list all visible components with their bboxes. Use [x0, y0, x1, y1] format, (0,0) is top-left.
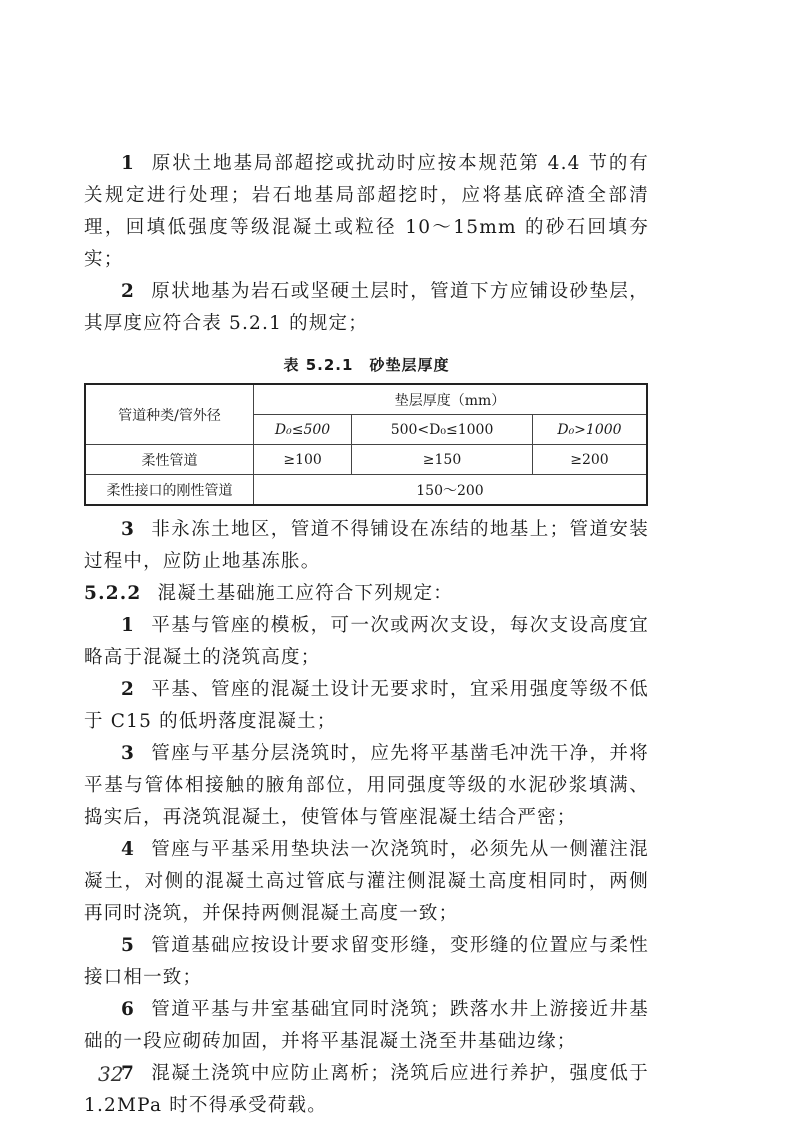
section-item-6: 6管道平基与井室基础宜同时浇筑；跌落水井上游接近井基础的一段应砌砖加固，并将平基…: [84, 994, 649, 1058]
document-page: 1原状土地基局部超挖或扰动时应按本规范第 4.4 节的有关规定进行处理；岩石地基…: [84, 148, 649, 1122]
clause-number: 2: [121, 679, 135, 700]
section-number: 5.2.2: [84, 583, 142, 604]
clause-text: 非永冻土地区，管道不得铺设在冻结的地基上；管道安装过程中，应防止地基冻胀。: [84, 519, 649, 572]
table-header-row: 管道种类/管外径 垫层厚度（mm）: [85, 384, 647, 415]
section-title: 混凝土基础施工应符合下列规定：: [158, 583, 454, 604]
clause-item-3: 3非永冻土地区，管道不得铺设在冻结的地基上；管道安装过程中，应防止地基冻胀。: [84, 514, 649, 578]
clause-text: 平基与管座的模板，可一次或两次支设，每次支设高度宜略高于混凝土的浇筑高度；: [84, 615, 649, 668]
clause-number: 1: [121, 615, 135, 636]
clause-number: 3: [121, 519, 135, 540]
section-item-4: 4管座与平基采用垫块法一次浇筑时，必须先从一侧灌注混凝土，对侧的混凝土高过管底与…: [84, 834, 649, 930]
clause-text: 管座与平基分层浇筑时，应先将平基凿毛冲洗干净，并将平基与管体相接触的腋角部位，用…: [84, 743, 649, 828]
table-caption-title: 砂垫层厚度: [369, 356, 449, 374]
section-item-7: 7混凝土浇筑中应防止离析；浇筑后应进行养护，强度低于 1.2MPa 时不得承受荷…: [84, 1058, 649, 1122]
clause-item-2: 2原状地基为岩石或坚硬土层时，管道下方应铺设砂垫层，其厚度应符合表 5.2.1 …: [84, 276, 649, 340]
clause-text: 混凝土浇筑中应防止离析；浇筑后应进行养护，强度低于 1.2MPa 时不得承受荷载…: [84, 1063, 649, 1116]
table-row-label: 柔性接口的刚性管道: [85, 475, 254, 506]
clause-text: 平基、管座的混凝土设计无要求时，宜采用强度等级不低于 C15 的低坍落度混凝土；: [84, 679, 649, 732]
table-subheader: 500<D₀≤1000: [352, 415, 533, 445]
clause-item-1: 1原状土地基局部超挖或扰动时应按本规范第 4.4 节的有关规定进行处理；岩石地基…: [84, 148, 649, 276]
section-item-2: 2平基、管座的混凝土设计无要求时，宜采用强度等级不低于 C15 的低坍落度混凝土…: [84, 674, 649, 738]
section-item-1: 1平基与管座的模板，可一次或两次支设，每次支设高度宜略高于混凝土的浇筑高度；: [84, 610, 649, 674]
table-subheader: D₀>1000: [532, 415, 647, 445]
table-caption: 表 5.2.1砂垫层厚度: [84, 354, 649, 375]
table-row-label: 柔性管道: [85, 445, 254, 475]
table-subheader: D₀≤500: [254, 415, 352, 445]
clause-text: 原状土地基局部超挖或扰动时应按本规范第 4.4 节的有关规定进行处理；岩石地基局…: [84, 153, 649, 270]
clause-number: 2: [121, 281, 135, 302]
section-heading: 5.2.2混凝土基础施工应符合下列规定：: [84, 578, 649, 610]
clause-text: 管座与平基采用垫块法一次浇筑时，必须先从一侧灌注混凝土，对侧的混凝土高过管底与灌…: [84, 839, 649, 924]
clause-number: 5: [121, 935, 135, 956]
clause-number: 1: [121, 153, 135, 174]
clause-number: 6: [121, 999, 135, 1020]
page-number: 32: [98, 1062, 123, 1086]
table-cell: ≥100: [254, 445, 352, 475]
sand-cushion-thickness-table: 管道种类/管外径 垫层厚度（mm） D₀≤500 500<D₀≤1000 D₀>…: [84, 383, 648, 506]
table-caption-number: 表 5.2.1: [284, 356, 354, 374]
clause-text: 原状地基为岩石或坚硬土层时，管道下方应铺设砂垫层，其厚度应符合表 5.2.1 的…: [84, 281, 649, 334]
table-row-header-title: 管道种类/管外径: [85, 384, 254, 445]
clause-text: 管道基础应按设计要求留变形缝，变形缝的位置应与柔性接口相一致；: [84, 935, 649, 988]
clause-number: 3: [121, 743, 135, 764]
table-cell: ≥200: [532, 445, 647, 475]
section-item-5: 5管道基础应按设计要求留变形缝，变形缝的位置应与柔性接口相一致；: [84, 930, 649, 994]
table-row: 柔性管道 ≥100 ≥150 ≥200: [85, 445, 647, 475]
section-item-3: 3管座与平基分层浇筑时，应先将平基凿毛冲洗干净，并将平基与管体相接触的腋角部位，…: [84, 738, 649, 834]
table-cell: ≥150: [352, 445, 533, 475]
table-cell-merged: 150～200: [254, 475, 648, 506]
table-group-header: 垫层厚度（mm）: [254, 384, 648, 415]
clause-text: 管道平基与井室基础宜同时浇筑；跌落水井上游接近井基础的一段应砌砖加固，并将平基混…: [84, 999, 649, 1052]
table-row: 柔性接口的刚性管道 150～200: [85, 475, 647, 506]
clause-number: 4: [121, 839, 135, 860]
